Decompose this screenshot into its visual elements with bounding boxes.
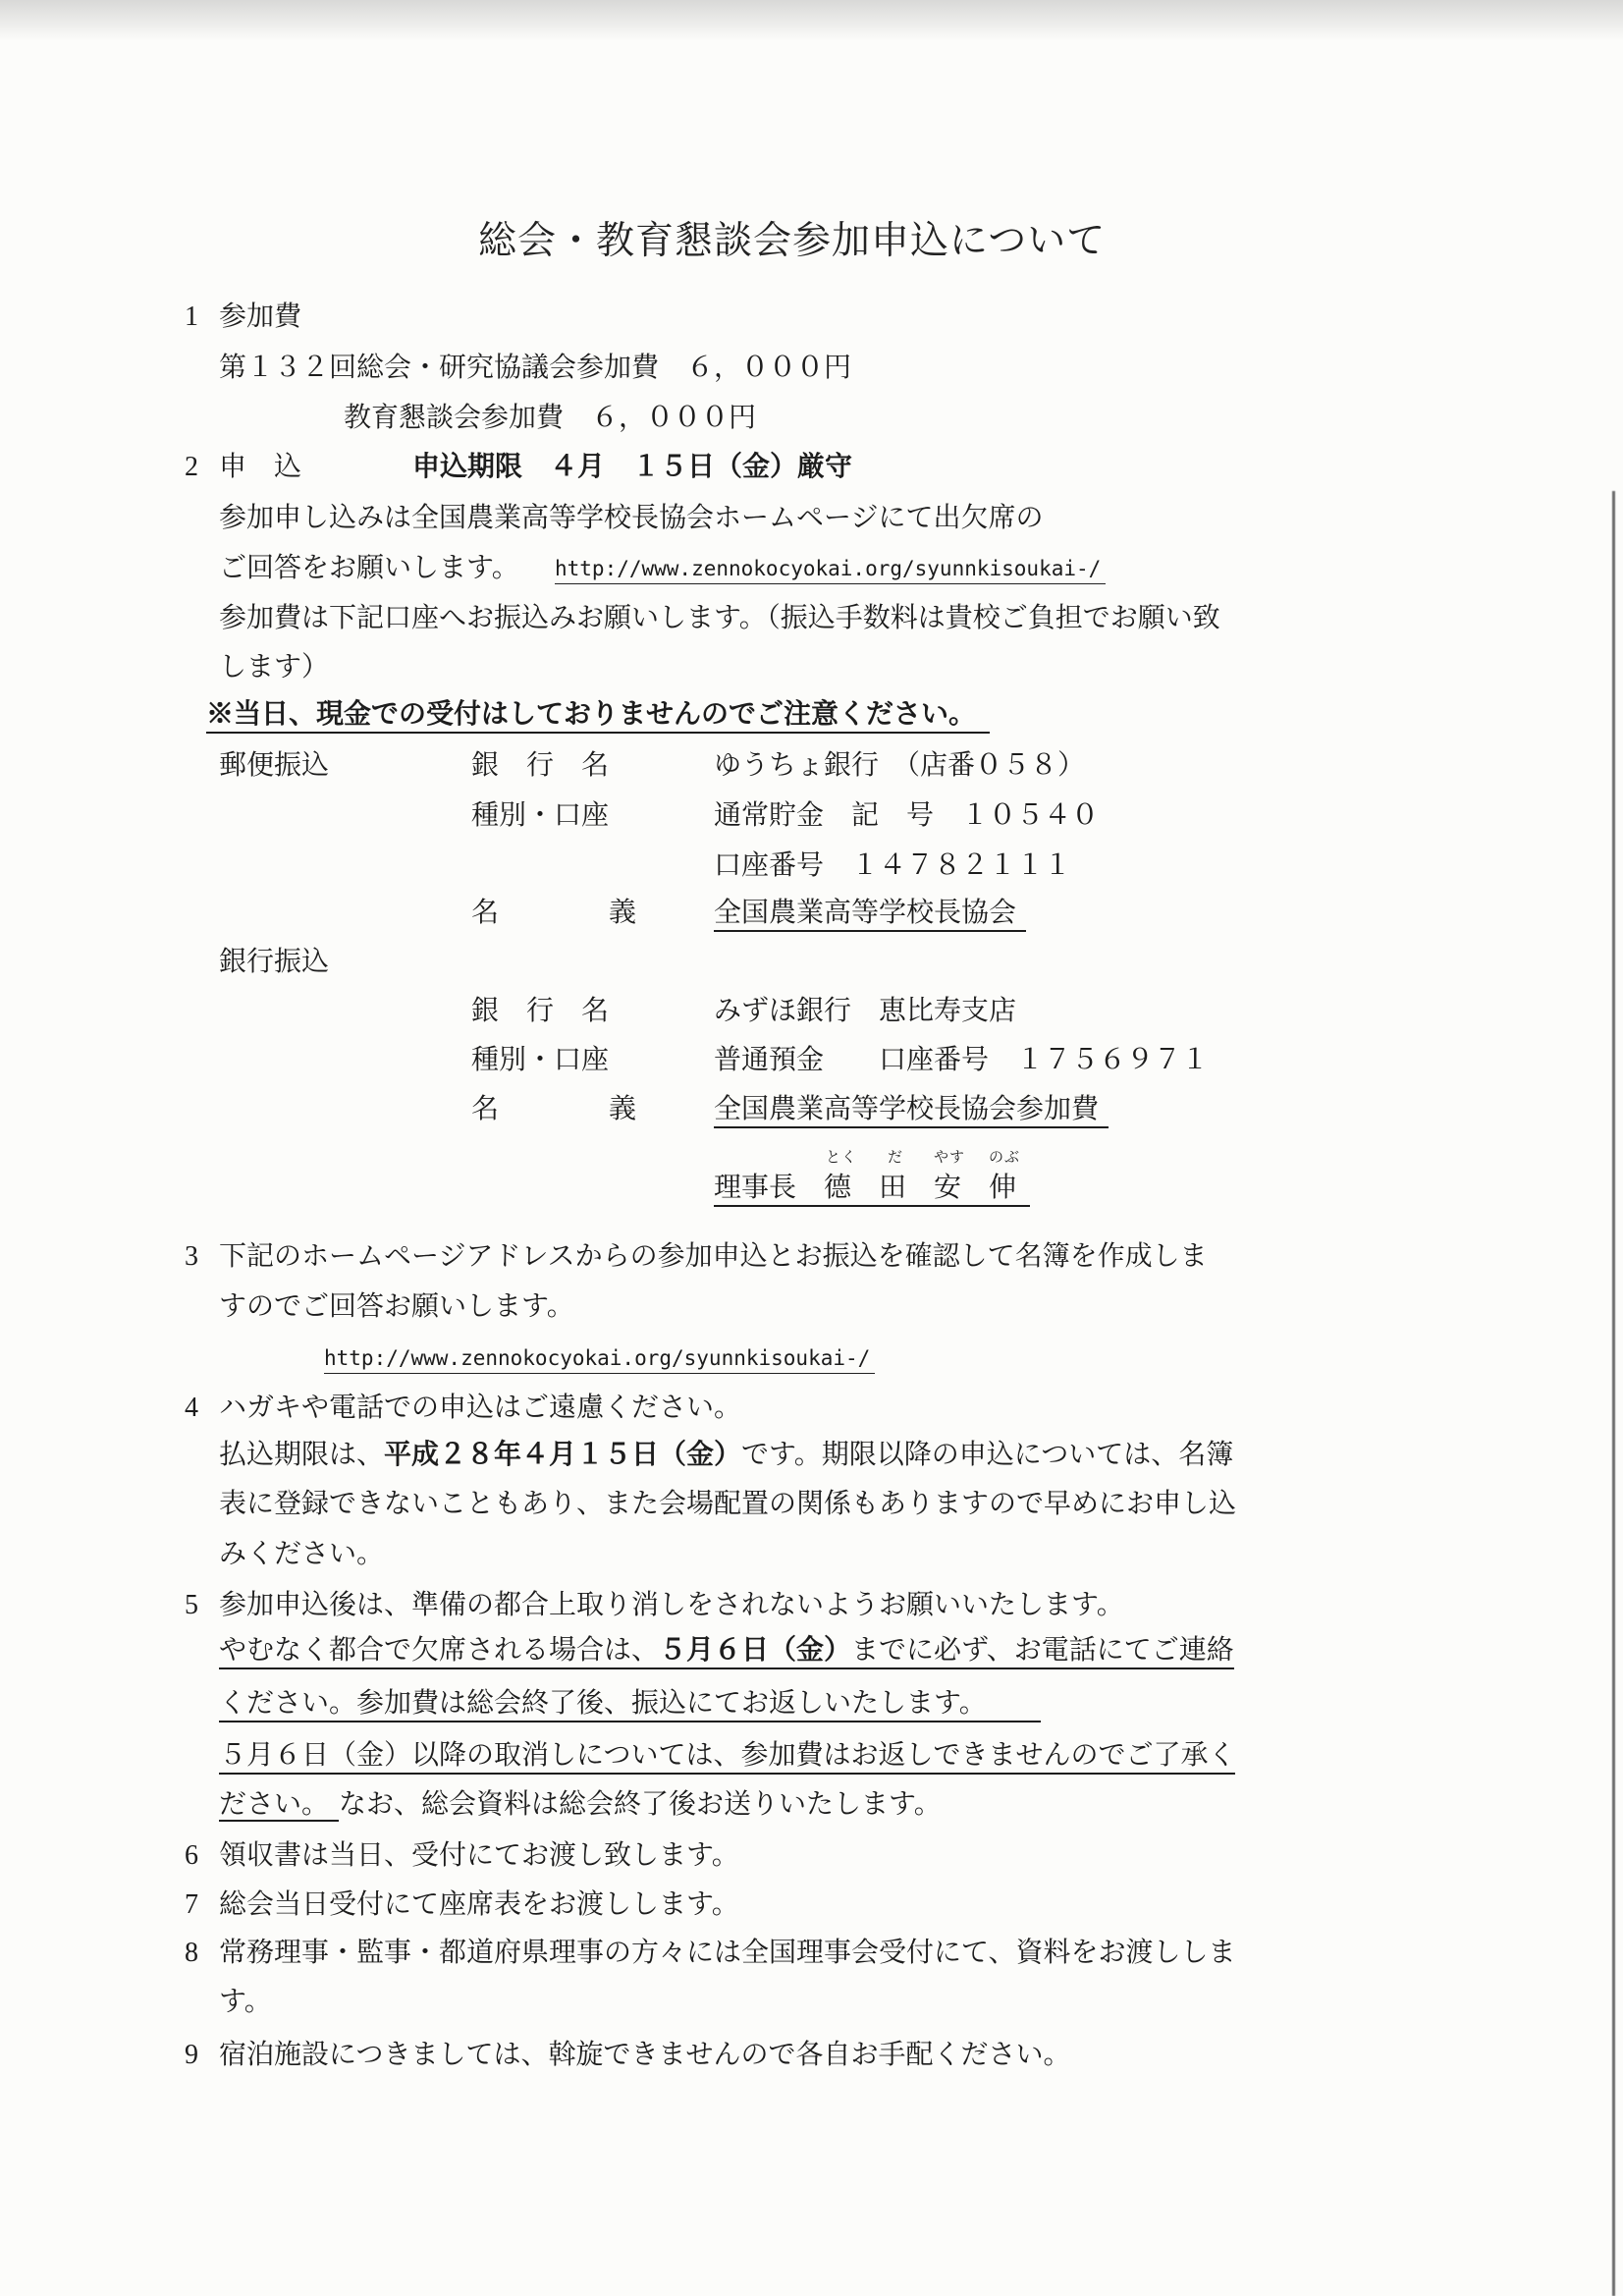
item5-line2-post: までに必ず、お電話にてご連絡 — [851, 1635, 1234, 1666]
item3-line1: 下記のホームページアドレスからの参加申込とお振込を確認して名簿を作成しま — [219, 1239, 1208, 1274]
item4-line1: ハガキや電話での申込はご遠慮ください。 — [219, 1391, 741, 1425]
bank-transfer-label: 銀行振込 — [219, 945, 329, 979]
item2-paragraph-line1: 参加申し込みは全国農業高等学校長協会ホームページにて出欠席の — [219, 501, 1043, 535]
item8-line1: 常務理事・監事・都道府県理事の方々には全国理事会受付にて、資料をお渡ししま — [219, 1936, 1235, 1970]
item1-fee-line1: 第１３２回総会・研究協議会参加費 ６，０００円 — [219, 351, 851, 385]
representative-line: 理事長 德 田 安 伸 — [714, 1171, 1030, 1207]
item4-line2-post: です。期限以降の申込については、名簿 — [741, 1440, 1233, 1470]
item5-cancel-deadline-date: ５月６日（金） — [659, 1635, 851, 1666]
bank-holder-label: 名 義 — [471, 1092, 636, 1126]
bank-holder-value: 全国農業高等学校長協会参加費 — [714, 1092, 1109, 1128]
scanned-document-page: 総会・教育懇談会参加申込について 1 参加費 第１３２回総会・研究協議会参加費 … — [0, 0, 1623, 2296]
item4-line4: みください。 — [219, 1537, 384, 1571]
postal-account-type-value: 通常貯金 記 号 １０５４０ — [714, 798, 1099, 833]
cash-notice: ※当日、現金での受付はしておりませんのでご注意ください。 — [206, 697, 990, 734]
item2-label: 申 込 — [219, 450, 301, 484]
item5-line5-rest: なお、総会資料は総会終了後お送りいたします。 — [339, 1789, 942, 1820]
item5-line3: ください。参加費は総会終了後、振込にてお返しいたします。 — [219, 1686, 1041, 1722]
item2-deadline: 申込期限 ４月 １５日（金）厳守 — [412, 450, 852, 484]
furigana-yasu: やす — [934, 1146, 965, 1167]
bank-account-type-label: 種別・口座 — [471, 1043, 609, 1077]
homepage-url-link-2[interactable]: http://www.zennokocyokai.org/syunnkisouk… — [324, 1345, 875, 1374]
postal-transfer-label: 郵便振込 — [219, 748, 329, 783]
item1-number: 1 — [185, 300, 198, 334]
item4-line3: 表に登録できないこともあり、また会場配置の関係もありますので早めにお申し込 — [219, 1487, 1236, 1521]
scan-top-shadow-artifact — [0, 0, 1623, 41]
furigana-da: だ — [888, 1146, 903, 1167]
item5-line2: やむなく都合で欠席される場合は、５月６日（金）までに必ず、お電話にてご連絡 — [219, 1633, 1234, 1669]
item2-paragraph-line2: ご回答をお願いします。 — [219, 551, 519, 585]
homepage-url-link[interactable]: http://www.zennokocyokai.org/syunnkisouk… — [555, 556, 1106, 584]
postal-holder-label: 名 義 — [471, 896, 636, 930]
item7-line1: 総会当日受付にて座席表をお渡しします。 — [219, 1887, 739, 1922]
furigana-toku: とく — [826, 1146, 857, 1167]
item5-line5-underlined: ださい。 — [219, 1789, 339, 1822]
item4-payment-deadline-date: 平成２８年４月１５日（金） — [384, 1440, 741, 1470]
item6-line1: 領収書は当日、受付にてお渡し致します。 — [219, 1838, 739, 1873]
furigana-nobu: のぶ — [989, 1146, 1020, 1167]
item5-line2-pre: やむなく都合で欠席される場合は、 — [219, 1635, 659, 1666]
postal-holder-value: 全国農業高等学校長協会 — [714, 896, 1026, 932]
item9-number: 9 — [185, 2038, 198, 2072]
item1-label: 参加費 — [219, 300, 301, 334]
postal-bank-name-label: 銀 行 名 — [471, 748, 609, 783]
item2-number: 2 — [185, 450, 198, 484]
page-title: 総会・教育懇談会参加申込について — [478, 218, 1106, 266]
postal-account-type-label: 種別・口座 — [471, 798, 609, 833]
item4-line2: 払込期限は、平成２８年４月１５日（金）です。期限以降の申込については、名簿 — [219, 1438, 1233, 1472]
item4-line2-pre: 払込期限は、 — [219, 1440, 384, 1470]
bank-name-value: みずほ銀行 恵比寿支店 — [714, 994, 1016, 1028]
item3-number: 3 — [185, 1239, 198, 1274]
postal-account-number-value: 口座番号 １４７８２１１１ — [714, 848, 1071, 883]
bank-name-label: 銀 行 名 — [471, 994, 609, 1028]
item5-line5: ださい。なお、総会資料は総会終了後お送りいたします。 — [219, 1787, 942, 1822]
bank-account-type-value: 普通預金 口座番号 １７５６９７１ — [714, 1043, 1209, 1077]
item1-fee-line2: 教育懇談会参加費 ６，０００円 — [344, 401, 756, 435]
item8-number: 8 — [185, 1936, 198, 1970]
item8-line2: す。 — [219, 1985, 272, 2019]
item7-number: 7 — [185, 1887, 198, 1922]
item4-number: 4 — [185, 1391, 198, 1425]
item5-line4: ５月６日（金）以降の取消しについては、参加費はお返しできませんのでご了承く — [219, 1738, 1235, 1775]
postal-bank-name-value: ゆうちょ銀行 （店番０５８） — [714, 748, 1085, 783]
item5-line1: 参加申込後は、準備の都合上取り消しをされないようお願いいたします。 — [219, 1588, 1124, 1622]
scan-edge-artifact — [1612, 491, 1615, 2296]
item2-paragraph-line3: 参加費は下記口座へお振込みお願いします。（振込手数料は貴校ご負担でお願い致 — [219, 601, 1220, 635]
item9-line1: 宿泊施設につきましては、斡旋できませんので各自お手配ください。 — [219, 2038, 1070, 2072]
item5-number: 5 — [185, 1588, 198, 1622]
item3-line2: すのでご回答お願いします。 — [219, 1289, 574, 1324]
item2-paragraph-line4: します） — [219, 650, 329, 684]
item6-number: 6 — [185, 1838, 198, 1873]
